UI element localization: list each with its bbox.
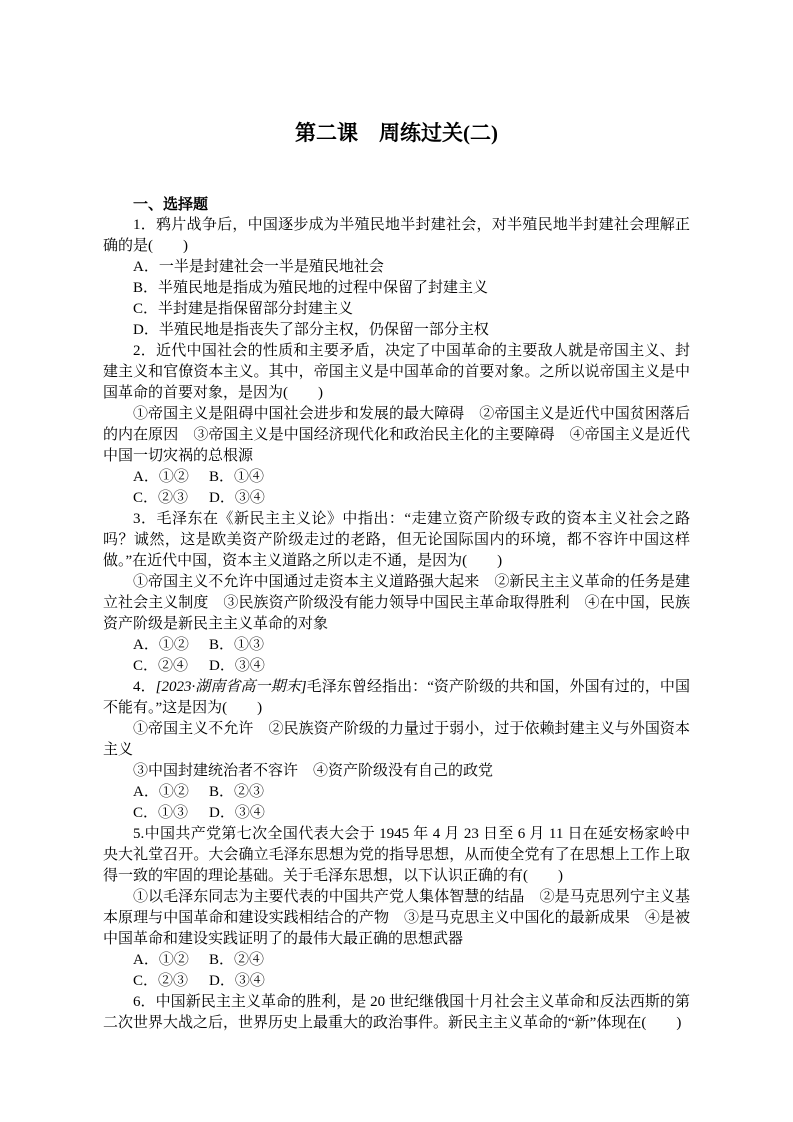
question-4-stem-text: 4． xyxy=(133,679,156,695)
document-page: 第二课 周练过关(二) 一、选择题 1．鸦片战争后，中国逐步成为半殖民地半封建社… xyxy=(0,0,793,1122)
question-4: 4．[2023·湖南省高一期末]毛泽东曾经指出：“资产阶级的共和国，外国有过的，… xyxy=(103,677,690,824)
question-4-option-d: D．③④ xyxy=(209,805,265,821)
question-1-option-c: C．半封建是指保留部分封建主义 xyxy=(103,299,690,320)
question-4-items-1: ①帝国主义不允许 ②民族资产阶级的力量过于弱小，过于依赖封建主义与外国资本主义 xyxy=(103,719,690,761)
section-heading: 一、选择题 xyxy=(103,194,690,215)
question-5-option-row-1: A．①②B．②④ xyxy=(103,950,690,971)
question-4-option-b: B．②③ xyxy=(209,784,264,800)
question-list: 1．鸦片战争后，中国逐步成为半殖民地半封建社会，对半殖民地半封建社会理解正确的是… xyxy=(103,215,690,1034)
question-2: 2．近代中国社会的性质和主要矛盾，决定了中国革命的主要敌人就是帝国主义、封建主义… xyxy=(103,341,690,509)
question-3-option-row-2: C．②④D．③④ xyxy=(103,656,690,677)
question-5-option-d: D．③④ xyxy=(209,973,265,989)
question-3-stem: 3．毛泽东在《新民主主义论》中指出：“走建立资产阶级专政的资本主义社会之路吗？诚… xyxy=(103,509,690,572)
question-3: 3．毛泽东在《新民主主义论》中指出：“走建立资产阶级专政的资本主义社会之路吗？诚… xyxy=(103,509,690,677)
question-1: 1．鸦片战争后，中国逐步成为半殖民地半封建社会，对半殖民地半封建社会理解正确的是… xyxy=(103,215,690,341)
question-3-option-c: C．②④ xyxy=(133,656,209,677)
question-4-option-c: C．①③ xyxy=(133,803,209,824)
question-3-items-1: ①帝国主义不允许中国通过走资本主义道路强大起来 ②新民主主义革命的任务是建立社会… xyxy=(103,572,690,635)
question-5-option-a: A．①② xyxy=(133,950,209,971)
question-2-stem: 2．近代中国社会的性质和主要矛盾，决定了中国革命的主要敌人就是帝国主义、封建主义… xyxy=(103,341,690,404)
question-2-option-row-2: C．②③D．③④ xyxy=(103,488,690,509)
question-4-items-2: ③中国封建统治者不容许 ④资产阶级没有自己的政党 xyxy=(103,761,690,782)
question-4-stem: 4．[2023·湖南省高一期末]毛泽东曾经指出：“资产阶级的共和国，外国有过的，… xyxy=(103,677,690,719)
exam-source-tag: [2023·湖南省高一期末] xyxy=(156,679,307,695)
question-2-items-1: ①帝国主义是阻碍中国社会进步和发展的最大障碍 ②帝国主义是近代中国贫困落后的内在… xyxy=(103,404,690,467)
question-5-option-row-2: C．②③D．③④ xyxy=(103,971,690,992)
document-content: 一、选择题 1．鸦片战争后，中国逐步成为半殖民地半封建社会，对半殖民地半封建社会… xyxy=(103,194,690,1034)
question-4-option-row-1: A．①②B．②③ xyxy=(103,782,690,803)
question-2-option-a: A．①② xyxy=(133,467,209,488)
page-title: 第二课 周练过关(二) xyxy=(103,119,690,147)
question-5-items-1: ①以毛泽东同志为主要代表的中国共产党人集体智慧的结晶 ②是马克思列宁主义基本原理… xyxy=(103,887,690,950)
question-2-option-c: C．②③ xyxy=(133,488,209,509)
question-5: 5.中国共产党第七次全国代表大会于 1945 年 4 月 23 日至 6 月 1… xyxy=(103,824,690,992)
question-5-stem: 5.中国共产党第七次全国代表大会于 1945 年 4 月 23 日至 6 月 1… xyxy=(103,824,690,887)
question-6: 6．中国新民主主义革命的胜利，是 20 世纪继俄国十月社会主义革命和反法西斯的第… xyxy=(103,992,690,1034)
question-3-option-a: A．①② xyxy=(133,635,209,656)
question-1-option-a: A．一半是封建社会一半是殖民地社会 xyxy=(103,257,690,278)
question-2-option-d: D．③④ xyxy=(209,490,265,506)
question-2-option-b: B．①④ xyxy=(209,469,264,485)
question-4-option-a: A．①② xyxy=(133,782,209,803)
question-6-stem: 6．中国新民主主义革命的胜利，是 20 世纪继俄国十月社会主义革命和反法西斯的第… xyxy=(103,992,690,1034)
question-3-option-b: B．①③ xyxy=(209,637,264,653)
question-5-option-b: B．②④ xyxy=(209,952,264,968)
question-4-option-row-2: C．①③D．③④ xyxy=(103,803,690,824)
question-5-option-c: C．②③ xyxy=(133,971,209,992)
question-2-option-row-1: A．①②B．①④ xyxy=(103,467,690,488)
question-1-option-b: B．半殖民地是指成为殖民地的过程中保留了封建主义 xyxy=(103,278,690,299)
question-1-option-d: D．半殖民地是指丧失了部分主权，仍保留一部分主权 xyxy=(103,320,690,341)
question-3-option-d: D．③④ xyxy=(209,658,265,674)
question-1-stem: 1．鸦片战争后，中国逐步成为半殖民地半封建社会，对半殖民地半封建社会理解正确的是… xyxy=(103,215,690,257)
question-3-option-row-1: A．①②B．①③ xyxy=(103,635,690,656)
